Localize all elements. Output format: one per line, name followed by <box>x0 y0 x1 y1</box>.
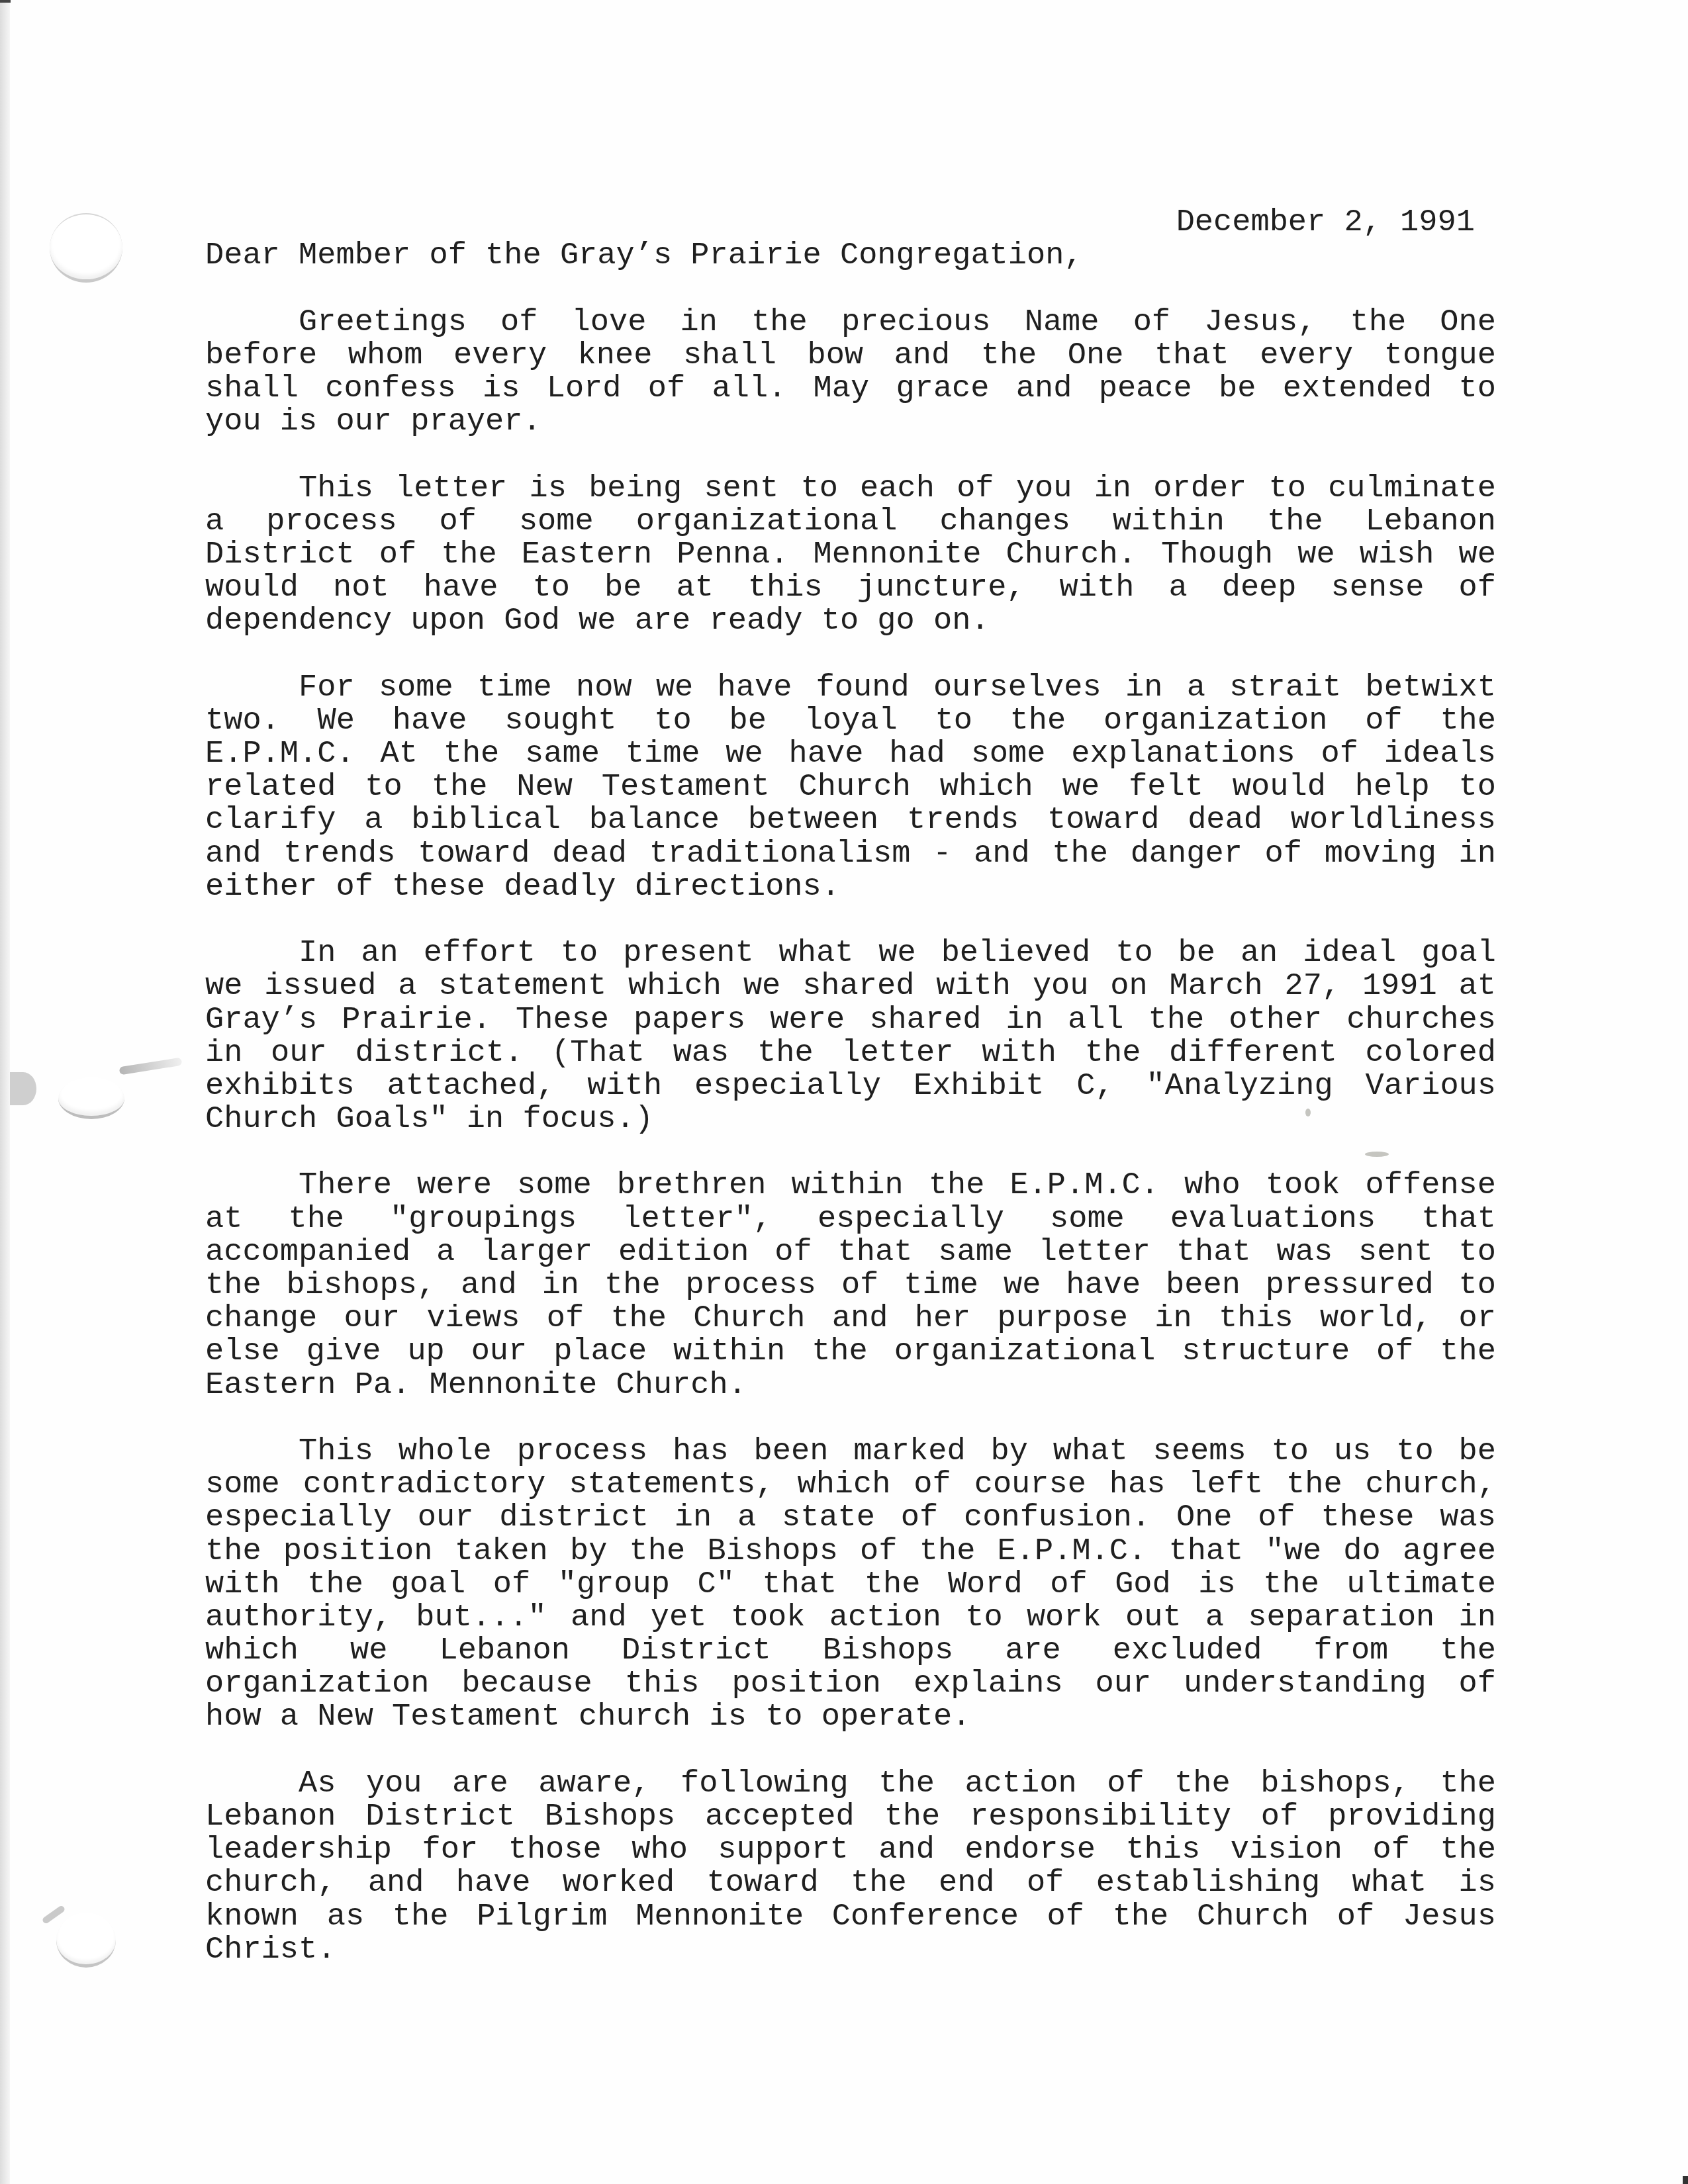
paragraph-line: Greetings of love in the precious Name o… <box>205 306 1496 340</box>
binder-hole-bottom-lip <box>42 1905 66 1925</box>
paragraph-line: church, and have worked toward the end o… <box>205 1867 1496 1900</box>
letter-date: December 2, 1991 <box>205 206 1496 240</box>
paragraph-line: Christ. <box>205 1934 1496 1967</box>
paragraph-line: There were some brethren within the E.P.… <box>205 1169 1496 1203</box>
paragraph-line: Lebanon District Bishops accepted the re… <box>205 1801 1496 1834</box>
paragraph-line: a process of some organizational changes… <box>205 506 1496 539</box>
paragraph-line: especially our district in a state of co… <box>205 1502 1496 1535</box>
paragraph-line: which we Lebanon District Bishops are ex… <box>205 1635 1496 1668</box>
paragraph-line: two. We have sought to be loyal to the o… <box>205 705 1496 738</box>
paragraph-line: organization because this position expla… <box>205 1668 1496 1701</box>
paragraph-statement: In an effort to present what we believed… <box>205 937 1496 1136</box>
paragraph-line: change our views of the Church and her p… <box>205 1302 1496 1336</box>
paragraph-line: clarify a biblical balance between trend… <box>205 804 1496 837</box>
paragraph-line: known as the Pilgrim Mennonite Conferenc… <box>205 1901 1496 1934</box>
letter-body: December 2, 1991 Dear Member of the Gray… <box>205 206 1496 1967</box>
paragraph-offense: There were some brethren within the E.P.… <box>205 1169 1496 1402</box>
paragraph-line: For some time now we have found ourselve… <box>205 672 1496 705</box>
paragraph-line: accompanied a larger edition of that sam… <box>205 1236 1496 1269</box>
paragraph-line: related to the New Testament Church whic… <box>205 771 1496 804</box>
spacer <box>205 1402 1496 1435</box>
paragraph-line: else give up our place within the organi… <box>205 1336 1496 1369</box>
paragraph-line: and trends toward dead traditionalism - … <box>205 838 1496 871</box>
spacer <box>205 638 1496 671</box>
spacer <box>205 1735 1496 1768</box>
paragraph-pilgrim-conference: As you are aware, following the action o… <box>205 1768 1496 1967</box>
spacer <box>205 439 1496 472</box>
scanned-page: December 2, 1991 Dear Member of the Gray… <box>0 0 1688 2184</box>
paragraph-line: the position taken by the Bishops of the… <box>205 1535 1496 1569</box>
paragraph-line: In an effort to present what we believed… <box>205 937 1496 970</box>
binder-hole-tear <box>119 1058 183 1075</box>
page-edge-shadow <box>0 0 10 2184</box>
paragraph-strait: For some time now we have found ourselve… <box>205 672 1496 904</box>
paragraph-purpose: This letter is being sent to each of you… <box>205 473 1496 639</box>
paragraph-contradictions: This whole process has been marked by wh… <box>205 1435 1496 1735</box>
paragraph-line: District of the Eastern Penna. Mennonite… <box>205 539 1496 572</box>
paragraph-line: As you are aware, following the action o… <box>205 1768 1496 1801</box>
paragraph-line: would not have to be at this juncture, w… <box>205 572 1496 605</box>
letter-salutation: Dear Member of the Gray’s Prairie Congre… <box>205 240 1496 273</box>
paragraph-line: you is our prayer. <box>205 406 1496 439</box>
spacer <box>205 273 1496 306</box>
paragraph-line: shall confess is Lord of all. May grace … <box>205 373 1496 406</box>
binder-hole-top <box>50 213 122 283</box>
spacer <box>205 904 1496 937</box>
scan-corner-mark <box>1683 2176 1688 2184</box>
binder-hole-middle <box>58 1077 124 1119</box>
paragraph-line: This letter is being sent to each of you… <box>205 473 1496 506</box>
paragraph-line: Church Goals" in focus.) <box>205 1103 1496 1136</box>
paragraph-line: the bishops, and in the process of time … <box>205 1269 1496 1302</box>
paragraph-line: we issued a statement which we shared wi… <box>205 970 1496 1003</box>
paragraph-greetings: Greetings of love in the precious Name o… <box>205 306 1496 439</box>
binder-hole-bottom <box>56 1913 116 1968</box>
paragraph-line: in our district. (That was the letter wi… <box>205 1037 1496 1070</box>
paragraph-line: Eastern Pa. Mennonite Church. <box>205 1369 1496 1402</box>
paragraph-line: with the goal of "group C" that the Word… <box>205 1569 1496 1602</box>
paragraph-line: before whom every knee shall bow and the… <box>205 340 1496 373</box>
paragraph-line: some contradictory statements, which of … <box>205 1469 1496 1502</box>
paragraph-line: E.P.M.C. At the same time we have had so… <box>205 738 1496 771</box>
paragraph-line: leadership for those who support and end… <box>205 1834 1496 1867</box>
paragraph-line: at the "groupings letter", especially so… <box>205 1203 1496 1236</box>
spacer <box>205 1136 1496 1169</box>
paragraph-line: dependency upon God we are ready to go o… <box>205 605 1496 638</box>
paragraph-line: authority, but..." and yet took action t… <box>205 1602 1496 1635</box>
scan-corner-mark <box>0 0 11 3</box>
paragraph-line: This whole process has been marked by wh… <box>205 1435 1496 1469</box>
paragraph-line: exhibits attached, with especially Exhib… <box>205 1070 1496 1103</box>
paragraph-line: Gray’s Prairie. These papers were shared… <box>205 1004 1496 1037</box>
paragraph-line: how a New Testament church is to operate… <box>205 1701 1496 1734</box>
binder-hole-tear-shadow <box>10 1072 36 1105</box>
paragraph-line: either of these deadly directions. <box>205 871 1496 904</box>
